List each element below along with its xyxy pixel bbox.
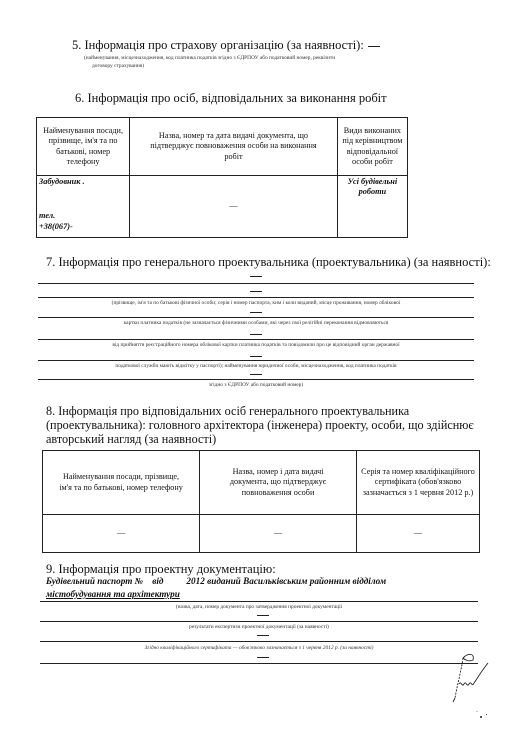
table6-cell-person: Забудовник . тел. +38(067)- (37, 176, 130, 238)
responsible-persons-table: Найменування посади, прізвище, ім'я та п… (36, 117, 408, 238)
section7-note: згідно з ЄДРПОУ або податковий номер) (38, 382, 474, 388)
signature-icon (445, 652, 515, 712)
person-phone-label: тел. (39, 211, 127, 221)
table8-header-col2: Назва, номер і дата видачі документа, що… (200, 451, 357, 515)
section5-note-2: договору страхування) (92, 63, 144, 69)
divider-line (38, 317, 474, 318)
table6-header-col3: Види виконаних під керівництвом відповід… (337, 118, 407, 176)
table6-cell-works: Усі будівельні роботи (337, 176, 407, 238)
dash (250, 291, 262, 292)
table6-cell-document: — (130, 176, 338, 238)
section8-heading: 8. Інформація про відповідальних осіб ге… (46, 404, 409, 419)
section7-note: від прийняття реєстраційного номера облі… (38, 342, 474, 348)
section5-heading: 5. Інформація про страхову організацію (… (72, 38, 364, 53)
divider-line (40, 641, 478, 642)
section7-note: (прізвище, ім'я та по батькові фізичної … (38, 300, 474, 306)
section7-note: податкової служби мають відмітку у паспо… (38, 363, 474, 369)
divider-line (40, 663, 478, 664)
dash (250, 312, 262, 313)
section7-heading: 7. Інформація про генерального проектува… (46, 255, 491, 270)
table8-header-col3: Серія та номер кваліфікаційного сертифік… (357, 451, 480, 515)
section5-note: (найменування, місцезнаходження, код пла… (84, 55, 335, 61)
section9-note: Згідно кваліфікаційного сертифіката — об… (40, 645, 478, 651)
divider-line (38, 297, 474, 298)
section9-value-2: містобудування та архітектури (46, 589, 180, 599)
dash (257, 657, 269, 658)
dash (257, 635, 269, 636)
divider-line (38, 339, 474, 340)
person-role: Забудовник . (39, 177, 127, 187)
divider-line (40, 621, 478, 622)
dash (250, 356, 262, 357)
section5-value-dash (368, 46, 380, 47)
project-persons-table: Найменування посади, прізвище, ім'я та п… (42, 450, 480, 553)
dash (257, 615, 269, 616)
table8-cell-person: — (43, 515, 200, 553)
section8-heading-2: (проектувальника): головного архітектора… (46, 418, 474, 433)
divider-line (38, 379, 474, 380)
dash (250, 334, 262, 335)
table8-header-col1: Найменування посади, прізвище, ім'я та п… (43, 451, 200, 515)
table8-cell-document: — (200, 515, 357, 553)
divider-line (40, 601, 478, 602)
divider-line (38, 283, 474, 284)
section9-heading: 9. Інформація про проектну документацію: (46, 562, 276, 577)
table-row: Забудовник . тел. +38(067)- — Усі будіве… (37, 176, 408, 238)
scan-speck (480, 716, 482, 718)
section7-note: картки платника податків (не зазначаєтьс… (38, 320, 474, 326)
table6-header-col1: Найменування посади, прізвище, ім'я та п… (37, 118, 130, 176)
scan-speck (486, 714, 487, 715)
table-row: — — — (43, 515, 480, 553)
table6-header-col2: Назва, номер та дата видачі документа, щ… (130, 118, 338, 176)
section9-value: Будівельний паспорт № від 2012 виданий В… (46, 576, 386, 586)
section9-note: (назва, дата, номер документа про затвер… (40, 604, 478, 610)
section9-note: результати експертизи проектної документ… (40, 624, 478, 630)
divider-line (38, 360, 474, 361)
table8-cell-certificate: — (357, 515, 480, 553)
section6-heading: 6. Інформація про осіб, відповідальних з… (75, 91, 387, 106)
dash (250, 374, 262, 375)
dash (250, 276, 262, 277)
person-phone: +38(067)- (39, 222, 127, 232)
section8-heading-3: авторський нагляд (за наявності) (46, 432, 216, 447)
